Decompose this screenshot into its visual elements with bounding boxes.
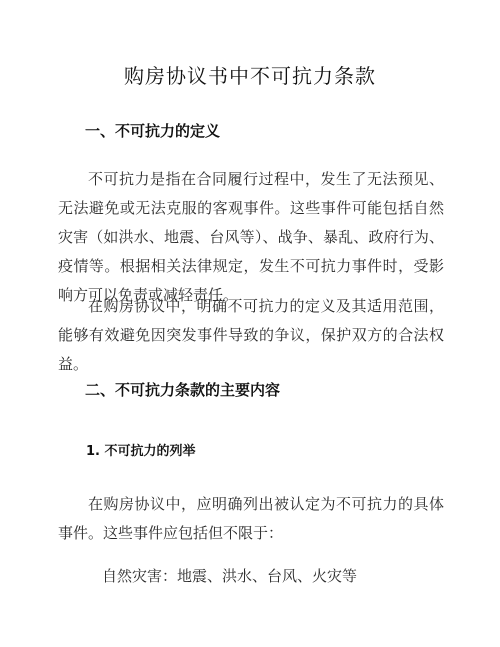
document-title: 购房协议书中不可抗力条款 — [0, 60, 500, 89]
section-heading-definition: 一、不可抗力的定义 — [85, 120, 220, 141]
list-item-natural-disasters: 自然灾害：地震、洪水、台风、火灾等 — [102, 565, 357, 586]
document-page: 购房协议书中不可抗力条款 一、不可抗力的定义 不可抗力是指在合同履行过程中，发生… — [0, 0, 500, 647]
section-heading-main-content: 二、不可抗力条款的主要内容 — [85, 379, 280, 400]
subsection-heading-enumeration: 1. 不可抗力的列举 — [86, 440, 196, 459]
paragraph-enumeration: 在购房协议中，应明确列出被认定为不可抗力的具体事件。这些事件应包括但不限于： — [58, 490, 444, 548]
paragraph-definition: 不可抗力是指在合同履行过程中，发生了无法预见、无法避免或无法克服的客观事件。这些… — [58, 165, 444, 310]
paragraph-purpose: 在购房协议中，明确不可抗力的定义及其适用范围，能够有效避免因突发事件导致的争议，… — [58, 292, 444, 379]
